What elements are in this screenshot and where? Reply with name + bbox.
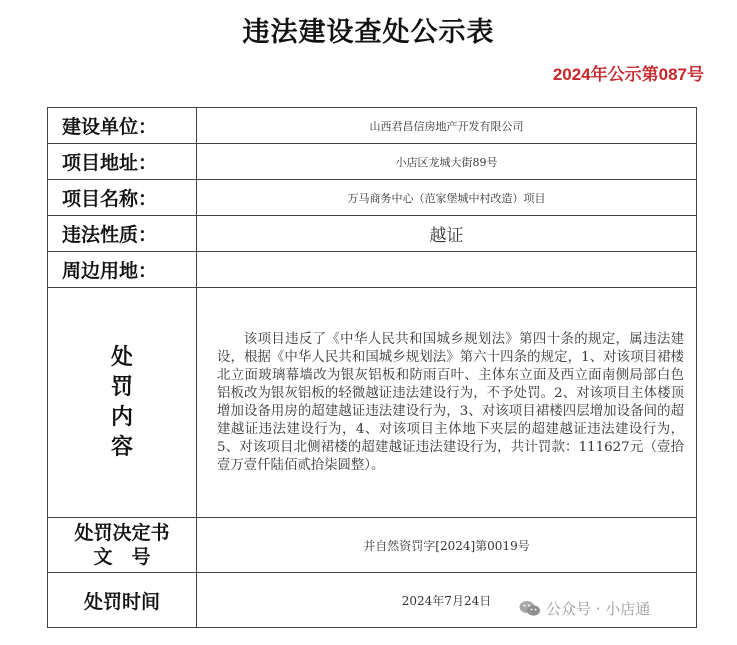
label-project-address: 项目地址： — [48, 144, 197, 180]
table-row: 处罚决定书 文 号 并自然资罚字[2024]第0019号 — [48, 518, 697, 573]
label-penalty-time: 处罚时间 — [48, 573, 197, 628]
page-title: 违法建设查处公示表 — [0, 10, 737, 49]
penalty-content-text: 该项目违反了《中华人民共和国城乡规划法》第四十条的规定，属违法建设，根据《中华人… — [217, 331, 684, 475]
label-surrounding-land: 周边用地： — [48, 252, 197, 288]
notice-number: 2024年公示第087号 — [553, 60, 704, 85]
table-row: 项目名称： 万马商务中心（范家堡城中村改造）项目 — [48, 180, 697, 216]
table-row: 建设单位： 山西君昌信房地产开发有限公司 — [48, 108, 697, 144]
table-row: 违法性质： 越证 — [48, 216, 697, 252]
wechat-icon — [519, 600, 541, 617]
table-row: 周边用地： — [48, 252, 697, 288]
table-row: 处 罚 内 容 该项目违反了《中华人民共和国城乡规划法》第四十条的规定，属违法建… — [48, 288, 697, 518]
value-violation-type: 越证 — [197, 216, 697, 252]
value-project-address: 小店区龙城大街89号 — [197, 144, 697, 180]
value-surrounding-land — [197, 252, 697, 288]
value-construction-unit: 山西君昌信房地产开发有限公司 — [197, 108, 697, 144]
value-project-name: 万马商务中心（范家堡城中村改造）项目 — [197, 180, 697, 216]
watermark: 公众号 · 小店通 — [519, 598, 650, 619]
label-violation-type: 违法性质： — [48, 216, 197, 252]
label-project-name: 项目名称： — [48, 180, 197, 216]
value-penalty-content: 该项目违反了《中华人民共和国城乡规划法》第四十条的规定，属违法建设，根据《中华人… — [197, 288, 697, 518]
table-row: 项目地址： 小店区龙城大街89号 — [48, 144, 697, 180]
label-decision-doc: 处罚决定书 文 号 — [48, 518, 197, 573]
value-decision-doc: 并自然资罚字[2024]第0019号 — [197, 518, 697, 573]
watermark-text: 公众号 · 小店通 — [546, 598, 650, 619]
penalty-table: 建设单位： 山西君昌信房地产开发有限公司 项目地址： 小店区龙城大街89号 项目… — [47, 107, 697, 628]
label-penalty-content: 处 罚 内 容 — [48, 288, 197, 518]
label-construction-unit: 建设单位： — [48, 108, 197, 144]
